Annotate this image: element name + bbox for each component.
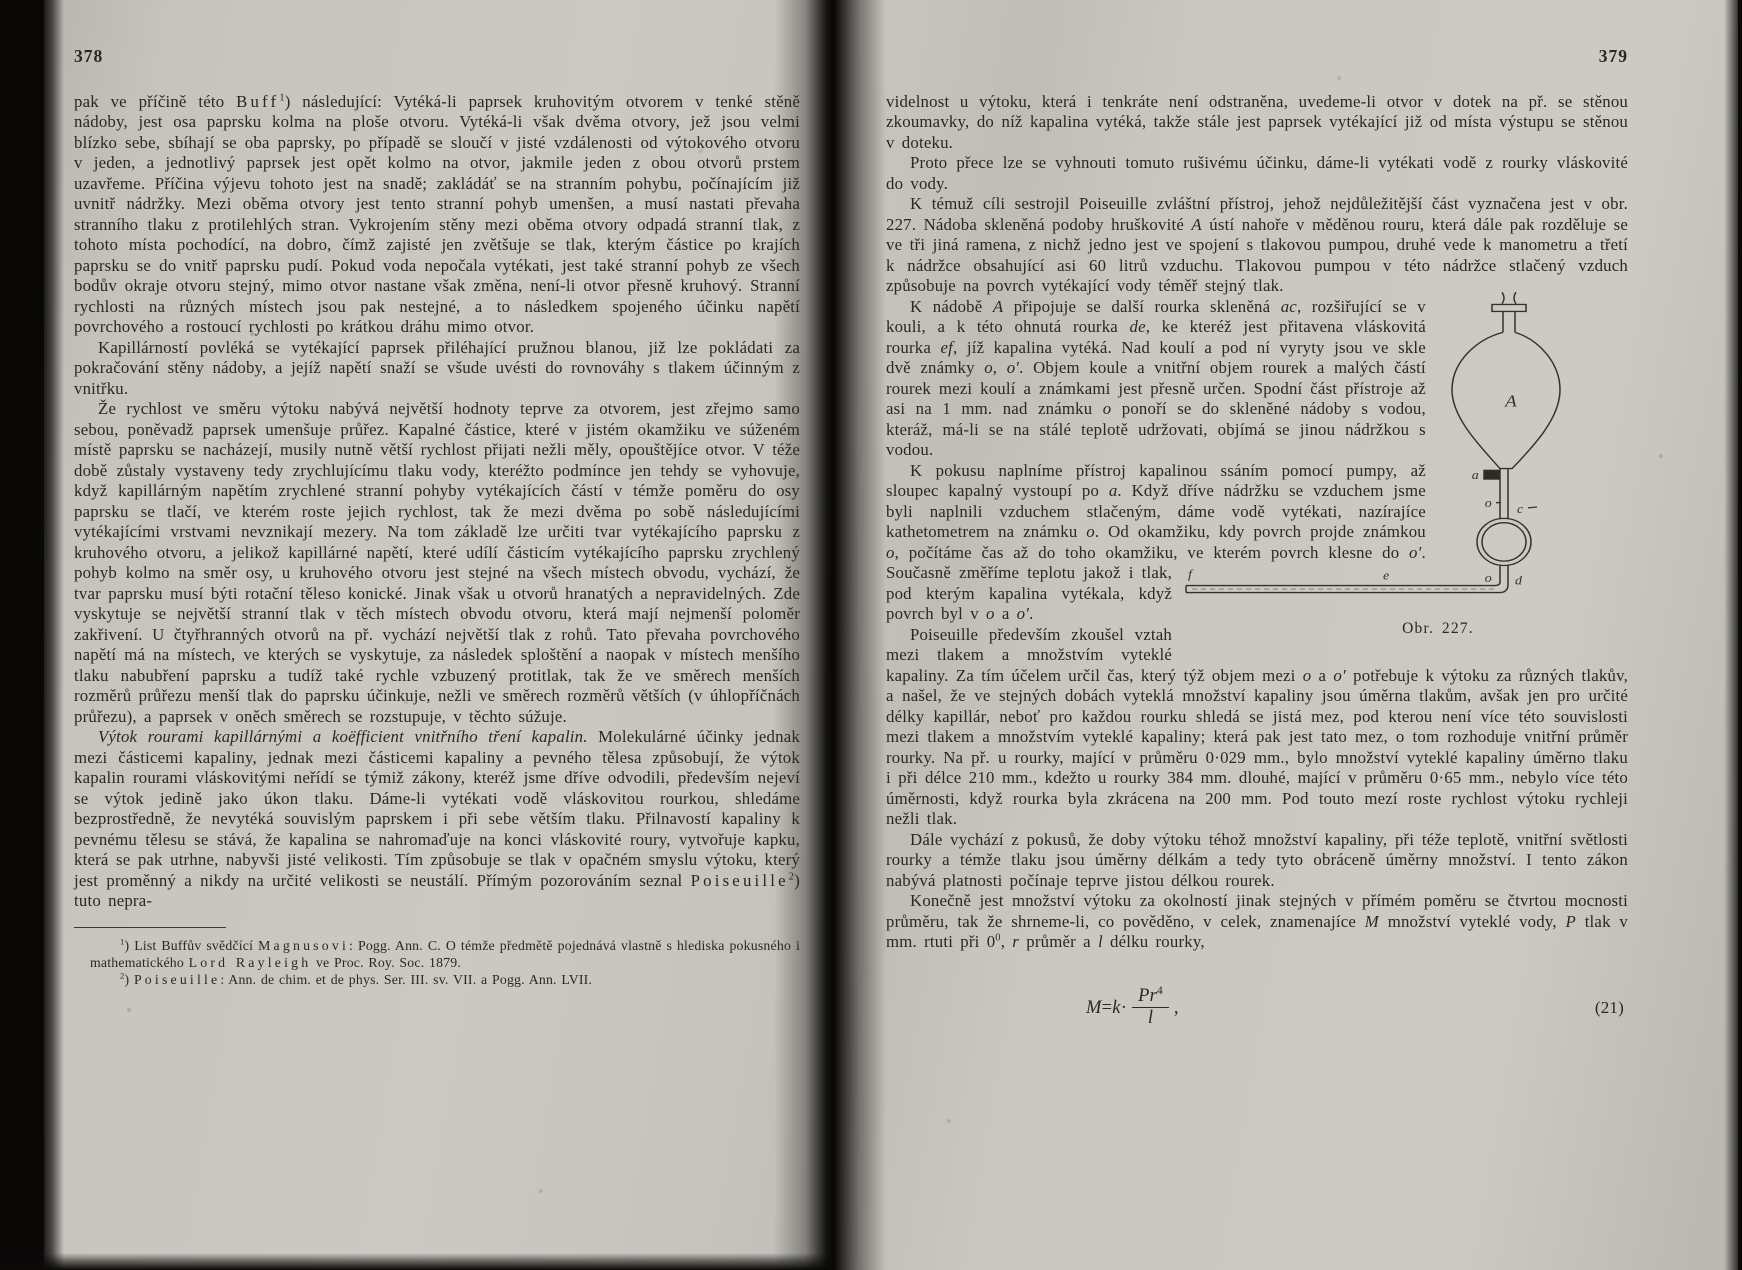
figure-caption: Obr. 227. xyxy=(1248,619,1628,640)
text-segment: de xyxy=(1130,317,1146,336)
tube-upper xyxy=(1500,468,1508,519)
vessel-neck xyxy=(1503,311,1515,332)
text-segment: o xyxy=(886,543,895,562)
bulb-inner xyxy=(1482,522,1526,560)
equation-k: k xyxy=(1112,998,1120,1019)
figure-label-o-lower: o xyxy=(1485,570,1492,584)
text-segment: pak ve příčině této xyxy=(74,92,236,111)
page-378-paragraphs: pak ve příčině této Buff1) následující: … xyxy=(74,92,800,912)
tube-elbow-outer xyxy=(1186,565,1508,592)
text-segment: ) List Buffův svědčící xyxy=(124,938,258,953)
equation-comma: , xyxy=(1174,998,1179,1019)
paragraph: Kapillárností povléká se vytékající papr… xyxy=(74,338,800,400)
text-segment: Že rychlost ve směru výtoku nabývá nejvě… xyxy=(74,399,800,726)
footnote-rule xyxy=(74,927,226,928)
paragraph: 1) List Buffův svědčící Magnusovi: Pogg.… xyxy=(74,937,800,971)
text-segment: . Od okamžiku, kdy povrch projde známkou xyxy=(1095,522,1426,541)
paragraph: Výtok rourami kapillárnými a koëfficient… xyxy=(74,727,800,912)
paragraph: Dále vychází z pokusů, že doby výtoku té… xyxy=(886,830,1628,892)
figure-label-d: d xyxy=(1515,573,1522,587)
figure-label-o-upper: o xyxy=(1485,495,1492,509)
paragraph: pak ve příčině této Buff1) následující: … xyxy=(74,92,800,338)
figure-label-A: A xyxy=(1504,391,1517,410)
paragraph: Že rychlost ve směru výtoku nabývá nejvě… xyxy=(74,399,800,727)
text-segment: o′ xyxy=(1409,543,1421,562)
text-segment: ) následující: Vytéká-li paprsek kruhovi… xyxy=(74,92,800,337)
text-segment: a xyxy=(1311,666,1333,685)
paragraph: Konečně jest množství výtoku za okolnost… xyxy=(886,891,1628,953)
text-segment: průměr a xyxy=(1019,932,1098,951)
page-378-body: pak ve příčině této Buff1) následující: … xyxy=(74,92,800,989)
text-segment: ac xyxy=(1281,297,1297,316)
fraction-numerator: Pr4 xyxy=(1132,987,1169,1009)
text-segment: o xyxy=(1086,522,1095,541)
text-segment: Poiseuille xyxy=(134,972,220,987)
equation-fraction: Pr4 l xyxy=(1132,987,1169,1030)
figure-label-c: c xyxy=(1517,501,1523,515)
text-segment: Poiseuille xyxy=(691,871,789,890)
text-segment: o′ xyxy=(1017,604,1029,623)
figure-label-a: a xyxy=(1472,467,1479,481)
fraction-denominator: l xyxy=(1132,1008,1169,1029)
scan-noise-specks xyxy=(0,0,2,2)
stopper-break-right xyxy=(1514,292,1516,303)
figure-label-e: e xyxy=(1383,568,1389,582)
paragraph: Poiseuille především zkoušel vztah mezi … xyxy=(886,625,1628,830)
scan-bottom-shadow xyxy=(0,1253,830,1270)
bulb-outer xyxy=(1477,518,1531,565)
text-segment: množství vyteklé vody, xyxy=(1379,912,1566,931)
scan-left-edge xyxy=(0,0,64,1270)
text-segment: Molekulárné účinky jednak mezi částicemi… xyxy=(74,727,800,890)
page-number-right: 379 xyxy=(886,46,1628,67)
text-segment: ve Proc. Roy. Soc. 1879. xyxy=(311,955,461,970)
text-segment: o′ xyxy=(1007,358,1019,377)
paragraph: K témuž cíli sestrojil Poiseuille zvlášt… xyxy=(886,194,1628,297)
text-segment: M xyxy=(1365,912,1379,931)
text-segment: , xyxy=(1001,932,1013,951)
text-segment: Proto přece lze se vyhnouti tomuto rušiv… xyxy=(886,153,1628,193)
stopper-collar xyxy=(1492,304,1526,311)
figure-float-spacer xyxy=(1628,92,1629,287)
equation-dot: · xyxy=(1121,998,1127,1019)
paragraph: 2) Poiseuille: Ann. de chim. et de phys.… xyxy=(74,971,800,988)
text-segment: Výtok rourami kapillárnými a koëfficient… xyxy=(98,727,588,746)
text-segment: ef xyxy=(940,338,953,357)
text-segment: , xyxy=(993,358,1007,377)
page-379: 379 xyxy=(886,46,1628,1029)
equation-number: (21) xyxy=(1595,998,1628,1019)
stopper-break-left xyxy=(1502,292,1504,303)
text-segment: ) xyxy=(124,972,133,987)
text-segment: délku rourky, xyxy=(1103,932,1205,951)
page-number-left: 378 xyxy=(74,46,800,67)
text-segment: a xyxy=(995,604,1017,623)
mark-c-tick xyxy=(1528,507,1537,508)
text-segment: K nádobě xyxy=(910,297,993,316)
numerator-exponent: 4 xyxy=(1157,984,1163,996)
text-segment: Kapillárností povléká se vytékající papr… xyxy=(74,338,800,398)
equation-21: M = k · Pr4 l , (21) xyxy=(886,987,1628,1030)
equation-M: M xyxy=(1086,998,1102,1019)
mark-a-collar xyxy=(1484,470,1499,479)
page-378-footnotes: 1) List Buffův svědčící Magnusovi: Pogg.… xyxy=(74,937,800,989)
text-segment: A xyxy=(993,297,1003,316)
scan-right-edge xyxy=(1724,0,1742,1270)
page-378: 378 pak ve příčině této Buff1) následují… xyxy=(74,46,800,988)
paragraph: videlnost u výtoku, která i tenkráte nen… xyxy=(886,92,1628,154)
figure-label-f: f xyxy=(1188,567,1194,581)
numerator-base: Pr xyxy=(1138,986,1157,1006)
text-segment: o xyxy=(984,358,993,377)
text-segment: : Ann. de chim. et de phys. Ser. III. sv… xyxy=(220,972,592,987)
text-segment: Dále vychází z pokusů, že doby výtoku té… xyxy=(886,830,1628,890)
text-segment: o′ xyxy=(1333,666,1345,685)
text-segment: Magnusovi xyxy=(258,938,349,953)
page-379-body: A a o c o d f e Obr. 227. videlnost u vý… xyxy=(886,92,1628,1030)
text-segment: o xyxy=(986,604,995,623)
text-segment: P xyxy=(1566,912,1576,931)
paragraph: Proto přece lze se vyhnouti tomuto rušiv… xyxy=(886,153,1628,194)
text-segment: A xyxy=(1191,215,1201,234)
text-segment: Lord Rayleigh xyxy=(189,955,312,970)
equation-equals: = xyxy=(1102,998,1113,1019)
text-segment: potřebuje k výtoku za různých tlakův, a … xyxy=(886,666,1628,829)
text-segment: videlnost u výtoku, která i tenkráte nen… xyxy=(886,92,1628,152)
text-segment: , počítáme čas až do toho okamžiku, ve k… xyxy=(895,543,1409,562)
tube-elbow-inner xyxy=(1186,565,1500,585)
book-scan: 378 pak ve příčině této Buff1) následují… xyxy=(0,0,1742,1270)
text-segment: Buff xyxy=(236,92,279,111)
text-segment: . xyxy=(1029,604,1033,623)
text-segment: připojuje se další rourka skleněná xyxy=(1003,297,1280,316)
